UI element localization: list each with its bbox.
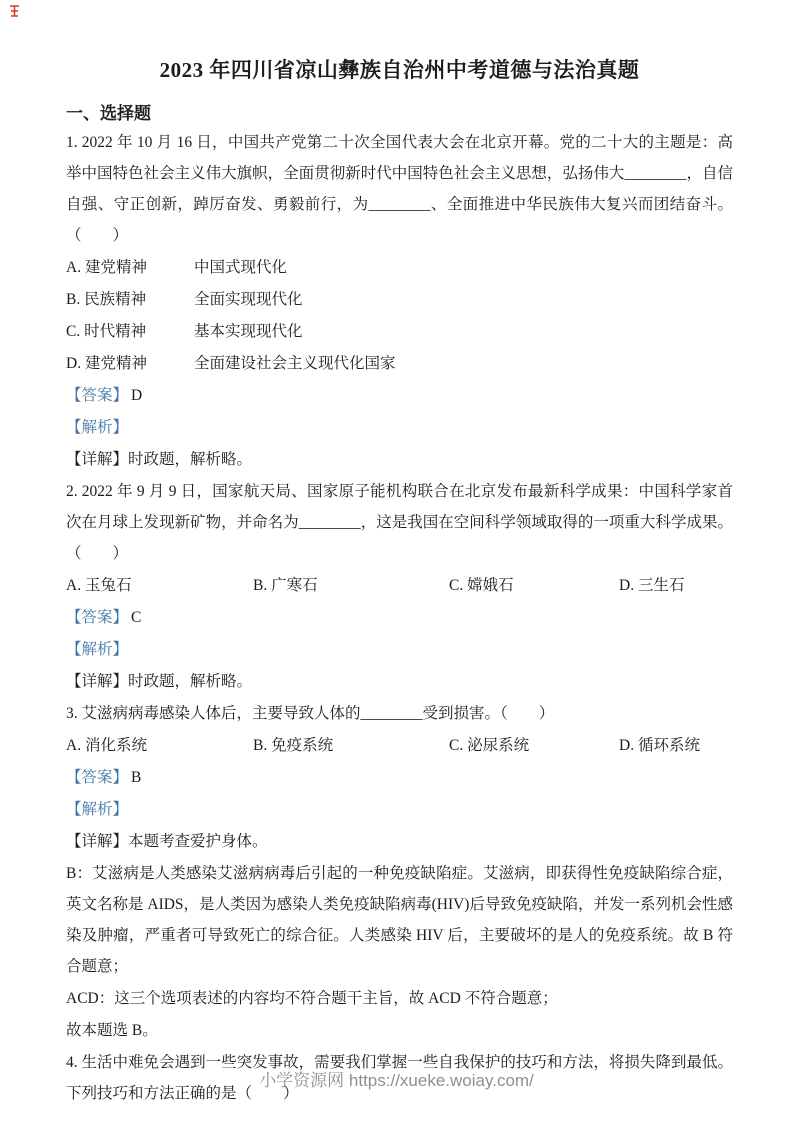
question-3-explanation-conclusion: 故本题选 B。 (66, 1015, 733, 1046)
question-2-detail-line: 【详解】时政题，解析略。 (66, 666, 733, 697)
question-3-stem: 3. 艾滋病病毒感染人体后，主要导致人体的________受到损害。（ ） (66, 698, 733, 729)
answer-label: 【答案】 (66, 769, 128, 786)
question-3-analysis-label: 【解析】 (66, 794, 733, 825)
detail-text: 时政题，解析略。 (128, 451, 252, 468)
option-d: D. 循环系统 (619, 730, 733, 761)
option-label: B. 民族精神 (66, 284, 194, 315)
question-1-option-a: A. 建党精神 中国式现代化 (66, 252, 733, 283)
option-d: D. 三生石 (619, 570, 733, 601)
question-1-answer-line: 【答案】D (66, 380, 733, 411)
question-2-options-row: A. 玉兔石 B. 广寒石 C. 嫦娥石 D. 三生石 (66, 570, 733, 601)
option-b: B. 免疫系统 (253, 730, 449, 761)
option-c: C. 嫦娥石 (449, 570, 619, 601)
detail-label: 【详解】 (66, 673, 128, 690)
question-1-stem: 1. 2022 年 10 月 16 日，中国共产党第二十次全国代表大会在北京开幕… (66, 127, 733, 251)
answer-value: C (131, 609, 141, 626)
option-value: 全面建设社会主义现代化国家 (194, 348, 733, 379)
question-3-explanation-acd: ACD：这三个选项表述的内容均不符合题干主旨，故 ACD 不符合题意； (66, 983, 733, 1014)
detail-label: 【详解】 (66, 833, 128, 850)
option-label: A. 建党精神 (66, 252, 194, 283)
page-title: 2023 年四川省凉山彝族自治州中考道德与法治真题 (66, 54, 733, 84)
question-1-option-c: C. 时代精神 基本实现现代化 (66, 316, 733, 347)
option-value: 基本实现现代化 (194, 316, 733, 347)
answer-value: B (131, 769, 141, 786)
option-b: B. 广寒石 (253, 570, 449, 601)
question-3-options-row: A. 消化系统 B. 免疫系统 C. 泌尿系统 D. 循环系统 (66, 730, 733, 761)
option-value: 中国式现代化 (194, 252, 733, 283)
site-watermark: 小学资源网 https://xueke.woiay.com/ (0, 1066, 793, 1091)
question-3-answer-line: 【答案】B (66, 762, 733, 793)
question-2-analysis-label: 【解析】 (66, 634, 733, 665)
option-a: A. 消化系统 (66, 730, 253, 761)
question-1-detail-line: 【详解】时政题，解析略。 (66, 444, 733, 475)
question-1-option-d: D. 建党精神 全面建设社会主义现代化国家 (66, 348, 733, 379)
section-heading: 一、选择题 (66, 99, 733, 124)
answer-label: 【答案】 (66, 387, 128, 404)
detail-text: 本题考查爱护身体。 (128, 833, 268, 850)
question-3-detail-line: 【详解】本题考查爱护身体。 (66, 826, 733, 857)
option-label: C. 时代精神 (66, 316, 194, 347)
answer-label: 【答案】 (66, 609, 128, 626)
answer-value: D (131, 387, 142, 404)
question-2-answer-line: 【答案】C (66, 602, 733, 633)
red-annotation-icon (8, 4, 21, 18)
question-1-analysis-label: 【解析】 (66, 412, 733, 443)
exam-document-page: 2023 年四川省凉山彝族自治州中考道德与法治真题 一、选择题 1. 2022 … (0, 0, 793, 1122)
option-label: D. 建党精神 (66, 348, 194, 379)
detail-text: 时政题，解析略。 (128, 673, 252, 690)
question-2-stem: 2. 2022 年 9 月 9 日，国家航天局、国家原子能机构联合在北京发布最新… (66, 476, 733, 569)
question-3-explanation-b: B：艾滋病是人类感染艾滋病病毒后引起的一种免疫缺陷症。艾滋病，即获得性免疫缺陷综… (66, 858, 733, 982)
detail-label: 【详解】 (66, 451, 128, 468)
option-value: 全面实现现代化 (194, 284, 733, 315)
option-a: A. 玉兔石 (66, 570, 253, 601)
question-1-option-b: B. 民族精神 全面实现现代化 (66, 284, 733, 315)
option-c: C. 泌尿系统 (449, 730, 619, 761)
